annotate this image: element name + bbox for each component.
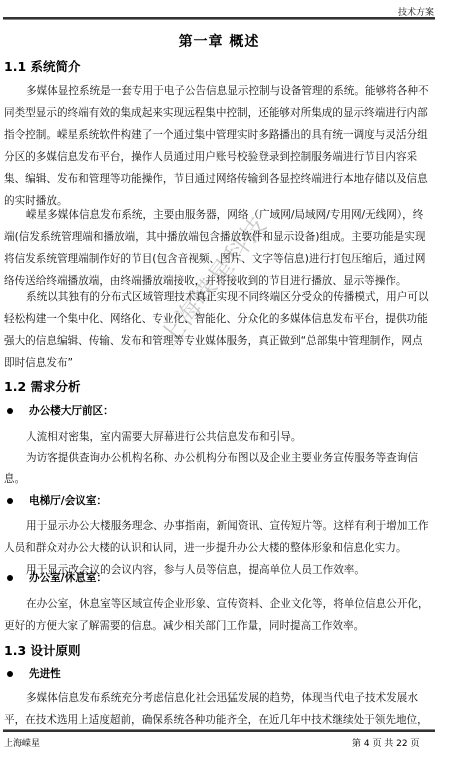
section-heading-1-2: 1.2 需求分析 <box>4 377 81 395</box>
text-line: 强大的信息编辑、传输、发布和管理等专业媒体服务，真正做到“总部集中管理制作，网点 <box>4 330 436 352</box>
chapter-title: 第一章 概述 <box>0 31 438 51</box>
text-line: 用于显示办公大楼服务理念、办事指南，新闻资讯、宣传短片等。这样有利于增加工作 <box>26 518 429 533</box>
footer-page-number: 第 4 页 共 22 页 <box>352 736 419 749</box>
text-line: 集、编辑、发布和管理等功能操作，节目通过网络传输到各显控终端进行本地存储以及信息 <box>4 168 436 190</box>
bullet-elevator-meeting: 电梯厅/会议室： <box>4 493 107 508</box>
text-line: 为访客提供查询办公机构名称、办公机构分布图以及企业主要业务宣传服务等查询信 <box>26 450 418 465</box>
section-heading-1-1: 1.1 系统简介 <box>4 57 81 75</box>
bullet-dot-icon <box>7 498 13 504</box>
section-heading-1-3: 1.3 设计原则 <box>4 641 81 659</box>
document-page: 技术方案 第一章 概述 1.1 系统简介 多媒体显控系统是一套专用于电子公告信息… <box>0 0 452 774</box>
text-line: 轻松构建一个集中化、网络化、专业化、智能化、分众化的多媒体信息发布平台，提供功能 <box>4 308 436 330</box>
paragraph-intro-3: 系统以其独有的分布式区域管理技术真正实现不同终端区分受众的传播模式，用户可以 轻… <box>4 286 436 374</box>
bullet-dot-icon <box>7 408 13 414</box>
bullet-lobby: 办公楼大厅前区： <box>4 403 114 418</box>
text-line: 人员和群众对办公大楼的认识和认同，进一步提升办公大楼的整体形象和信息化实力。 <box>4 540 407 555</box>
bullet-dot-icon <box>7 575 13 581</box>
bullet-label: 办公室/休息室： <box>29 570 107 585</box>
bullet-label: 办公楼大厅前区： <box>29 403 114 418</box>
footer-divider <box>3 729 435 732</box>
text-line: 平，在技术选用上适度超前，确保系统各种功能齐全，在近几年中技术继续处于领先地位， <box>4 712 428 727</box>
paragraph-intro-1: 多媒体显控系统是一套专用于电子公告信息显示控制与设备管理的系统。能够将各种不 同… <box>4 80 436 212</box>
text-line: 分区的多媒信息发布平台，操作人员通过用户账号校验登录到控制服务端进行节目内容采 <box>4 146 436 168</box>
bullet-label: 电梯厅/会议室： <box>29 493 107 508</box>
text-line: 多媒体信息发布系统充分考虑信息化社会迅猛发展的趋势，体现当代电子技术发展水 <box>26 690 418 705</box>
text-line: 在办公室，休息室等区域宣传企业形象、宣传资料、企业文化等，将单位信息公开化， <box>26 596 429 611</box>
text-line: 指令控制。嵘星系统软件构建了一个通过集中管理实时多路播出的具有统一调度与灵活分组 <box>4 124 436 146</box>
header-divider <box>3 17 435 20</box>
bullet-advanced: 先进性 <box>4 666 61 681</box>
text-line: 息。 <box>4 471 25 486</box>
bullet-label: 先进性 <box>29 666 61 681</box>
footer-company: 上海嵘星 <box>4 736 40 749</box>
text-line: 嵘星多媒体信息发布系统，主要由服务器，网络（广域网/局域网/专用网/无线网），终 <box>4 204 436 226</box>
bullet-office-lounge: 办公室/休息室： <box>4 570 107 585</box>
text-line: 即时信息发布” <box>4 352 436 374</box>
text-line: 同类型显示的终端有效的集成起来实现远程集中控制，还能够对所集成的显示终端进行内部 <box>4 102 436 124</box>
text-line: 人流相对密集，室内需要大屏幕进行公共信息发布和引导。 <box>26 429 301 444</box>
bullet-dot-icon <box>7 671 13 677</box>
text-line: 多媒体显控系统是一套专用于电子公告信息显示控制与设备管理的系统。能够将各种不 <box>4 80 436 102</box>
text-line: 更好的方便大家了解需要的信息。减少相关部门工作量，同时提高工作效率。 <box>4 618 364 633</box>
